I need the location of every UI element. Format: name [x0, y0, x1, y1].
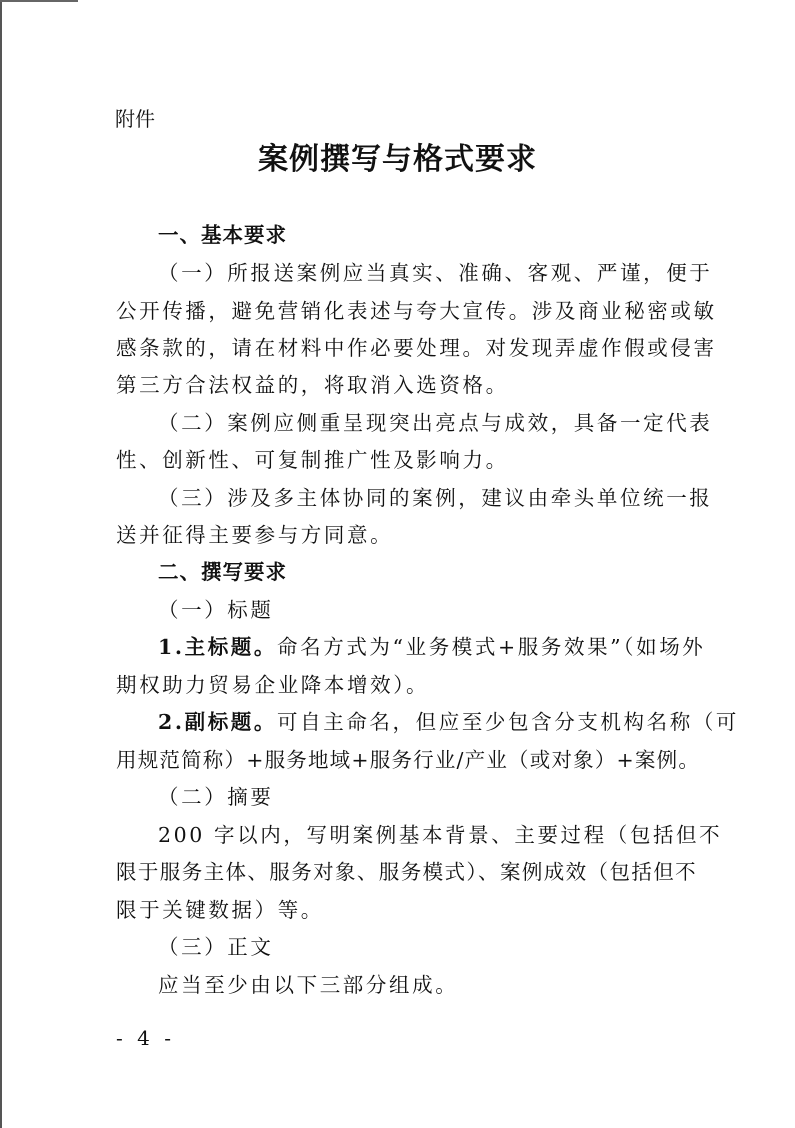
- body-line: 1.主标题。命名方式为“业务模式+服务效果”（如场外: [158, 630, 705, 660]
- item-label: 2.副标题。: [158, 710, 277, 734]
- body-line: 感条款的，请在材料中作必要处理。对发现弄虚作假或侵害: [116, 331, 717, 361]
- body-line: 限于关键数据）等。: [116, 893, 324, 923]
- body-line: 第三方合法权益的，将取消入选资格。: [116, 368, 509, 398]
- document-title: 案例撰写与格式要求: [0, 134, 795, 178]
- subheading-abstract: （二）摘要: [158, 780, 274, 810]
- subheading-title: （一）标题: [158, 593, 274, 623]
- attachment-label: 附件: [115, 103, 155, 132]
- body-line: 用规范简称）+服务地域+服务行业/产业（或对象）+案例。: [116, 743, 700, 773]
- page-number: - 4 -: [116, 1026, 175, 1050]
- body-line: 应当至少由以下三部分组成。: [158, 968, 458, 998]
- item-text: 命名方式为“业务模式+服务效果”（如场外: [277, 635, 705, 659]
- item-label: 1.主标题。: [158, 635, 277, 659]
- body-line: （二）案例应侧重呈现突出亮点与成效，具备一定代表: [158, 406, 712, 436]
- body-line: 期权助力贸易企业降本增效）。: [116, 668, 429, 698]
- body-line: 2.副标题。可自主命名，但应至少包含分支机构名称（可: [158, 705, 739, 735]
- body-line: 限于服务主体、服务对象、服务模式）、案例成效（包括但不: [116, 855, 697, 885]
- body-line: （一）所报送案例应当真实、准确、客观、严谨，便于: [158, 256, 712, 286]
- body-line: （三）涉及多主体协同的案例，建议由牵头单位统一报: [158, 481, 712, 511]
- section-heading-1: 一、基本要求: [158, 218, 287, 248]
- body-line: 性、创新性、可复制推广性及影响力。: [116, 443, 509, 473]
- body-line: 送并征得主要参与方同意。: [116, 518, 393, 548]
- body-line: 200 字以内，写明案例基本背景、主要过程（包括但不: [158, 818, 722, 848]
- scan-edge-top: [0, 0, 78, 2]
- body-line: 公开传播，避免营销化表述与夸大宣传。涉及商业秘密或敏: [116, 294, 717, 324]
- section-heading-2: 二、撰写要求: [158, 555, 287, 585]
- subheading-body: （三）正文: [158, 930, 274, 960]
- item-text: 可自主命名，但应至少包含分支机构名称（可: [277, 710, 739, 734]
